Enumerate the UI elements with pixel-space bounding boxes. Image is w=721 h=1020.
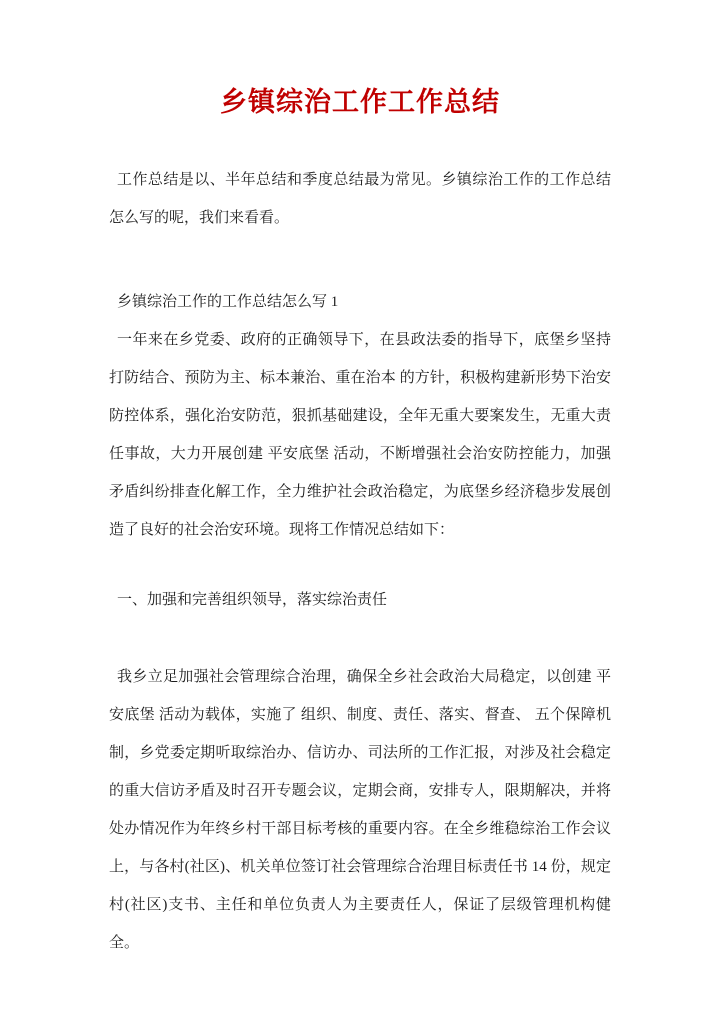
section-1-paragraph: 我乡立足加强社会管理综合治理，确保全乡社会政治大局稳定，以创建 平安底堡 活动为… bbox=[109, 658, 611, 962]
section-1-heading: 一、加强和完善组织领导，落实综治责任 bbox=[109, 581, 611, 619]
document-page: 乡镇综治工作工作总结 工作总结是以、半年总结和季度总结最为常见。乡镇综治工作的工… bbox=[0, 0, 721, 1020]
paragraph-subtitle: 乡镇综治工作的工作总结怎么写 1 bbox=[109, 283, 611, 321]
document-title: 乡镇综治工作工作总结 bbox=[109, 85, 611, 119]
paragraph-overview: 一年来在乡党委、政府的正确领导下，在县政法委的指导下，底堡乡坚持 打防结合、预防… bbox=[109, 321, 611, 549]
paragraph-intro: 工作总结是以、半年总结和季度总结最为常见。乡镇综治工作的工作总结怎么写的呢，我们… bbox=[109, 161, 611, 237]
